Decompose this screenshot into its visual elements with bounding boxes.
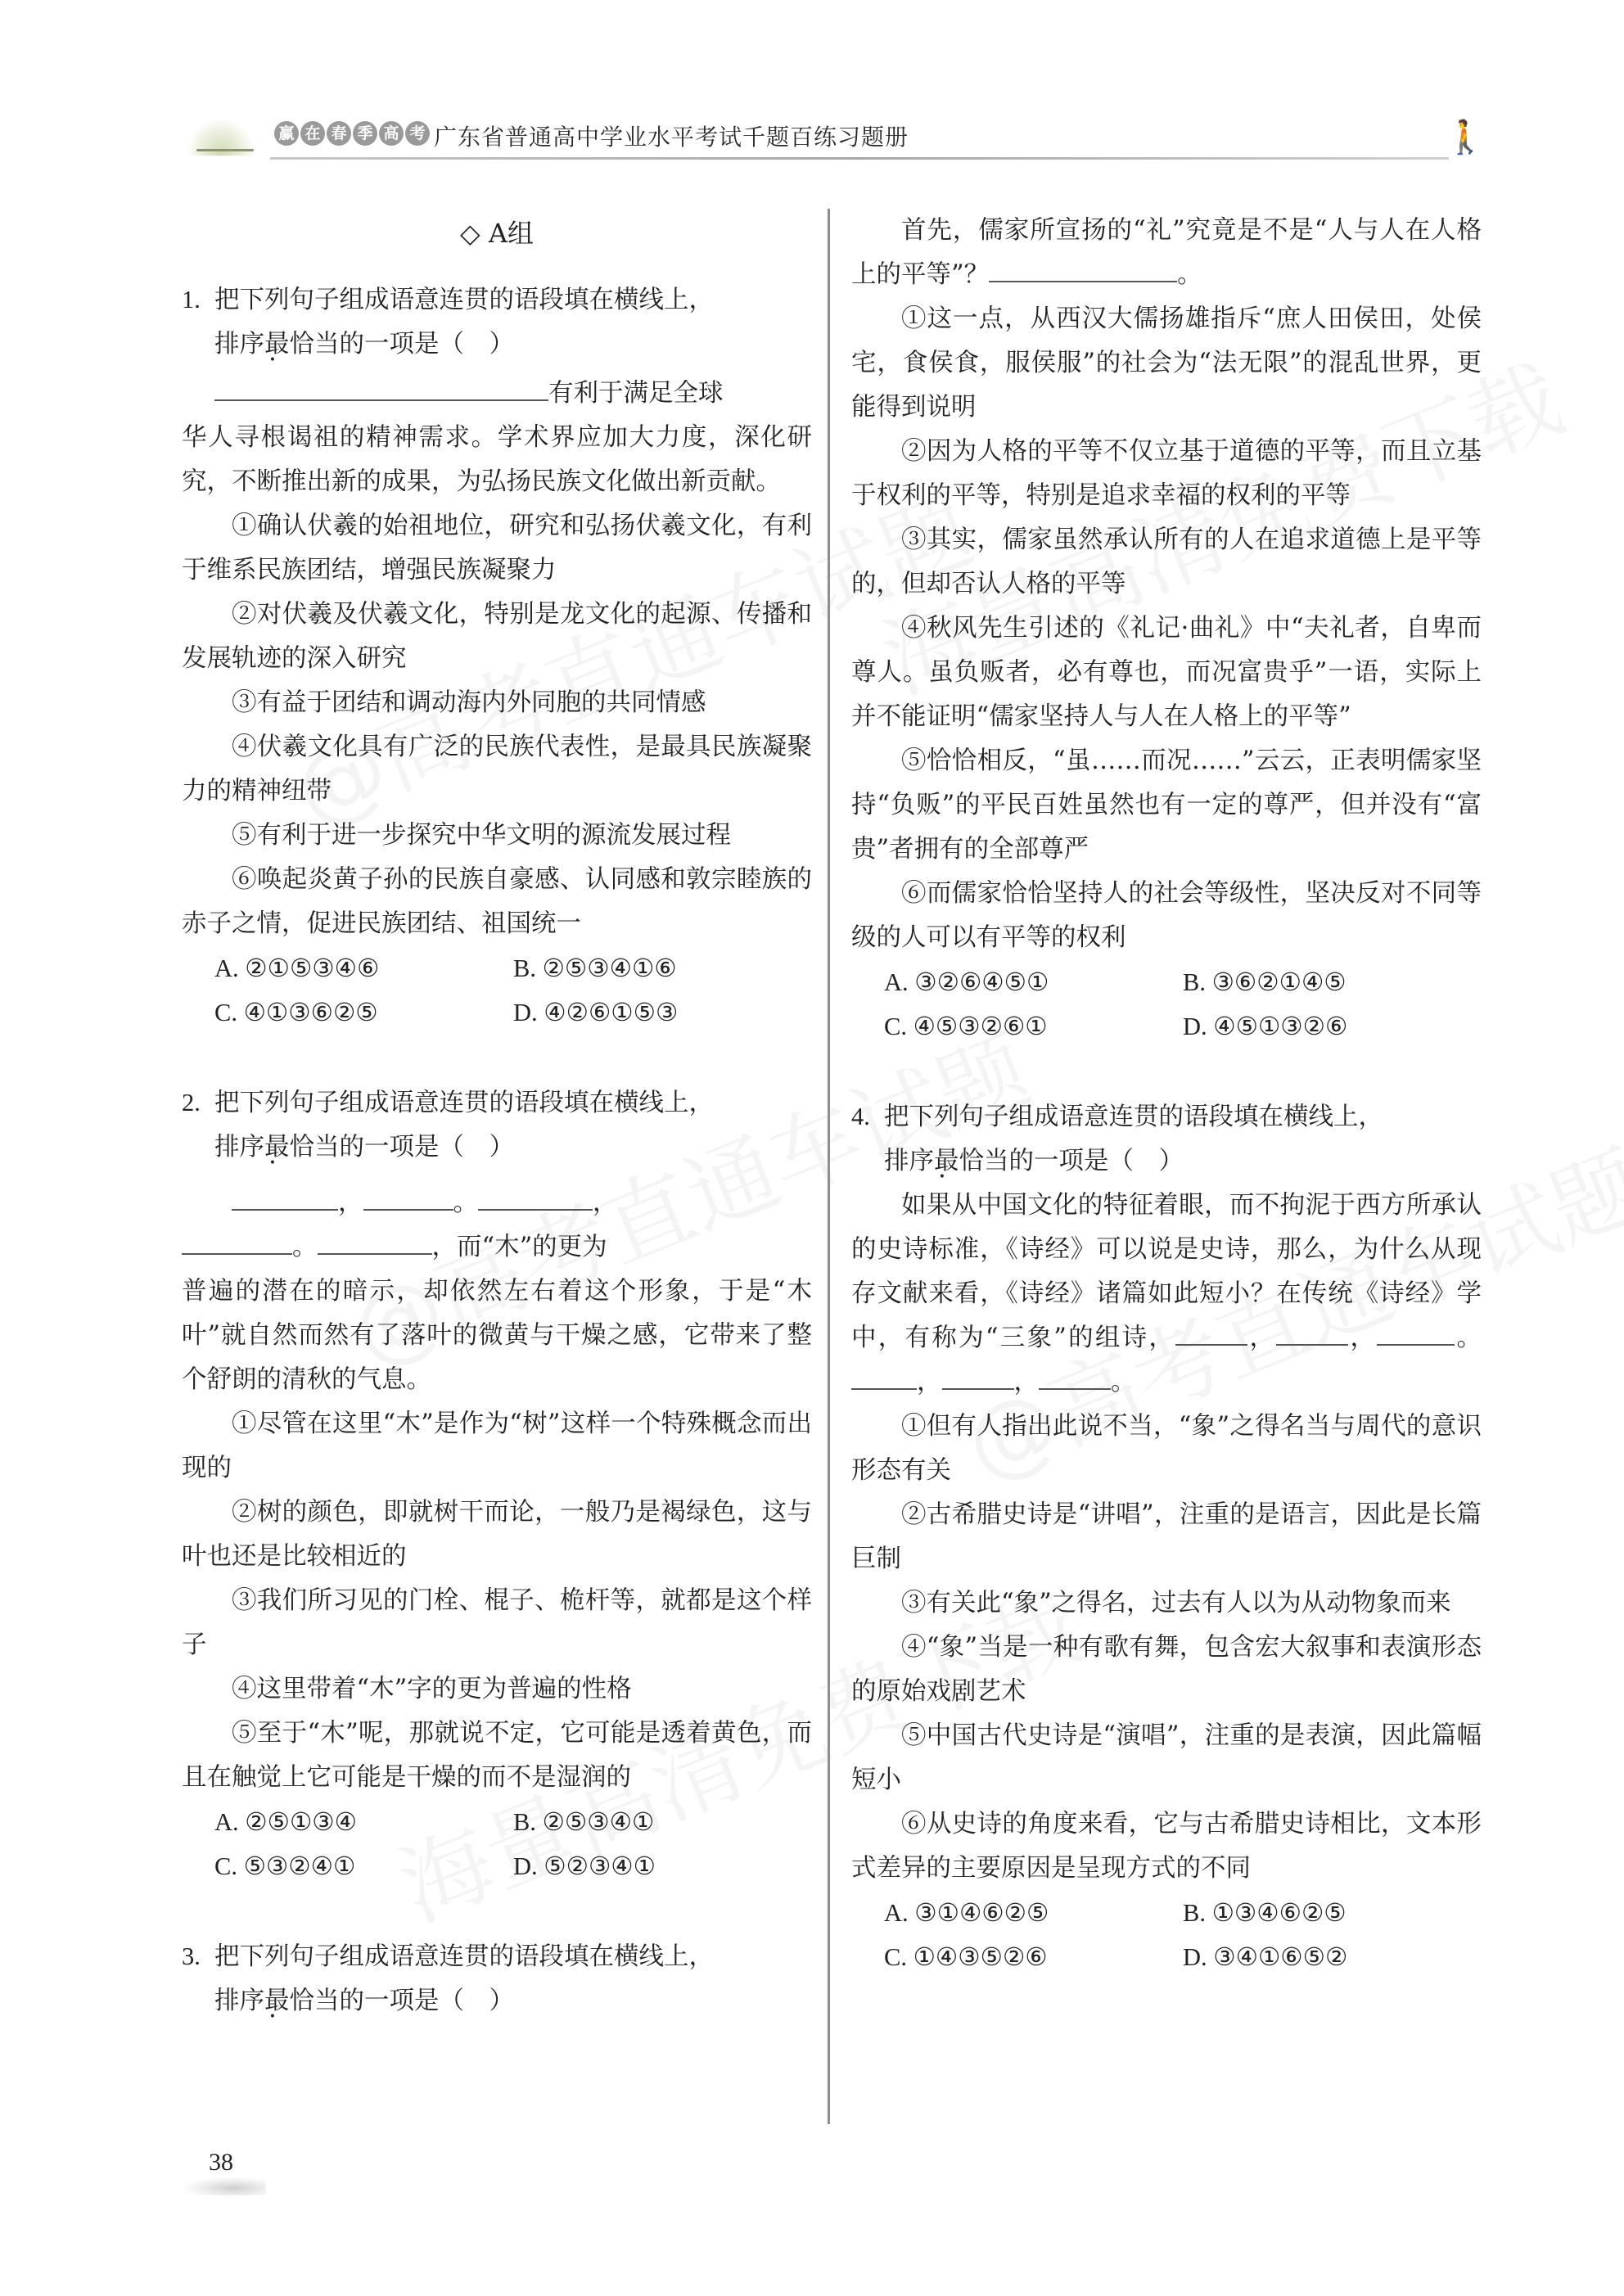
option-value: ⑤②③④① [544,1852,656,1880]
book-title: 广东省普通高中学业水平考试千题百练习题册 [434,120,909,152]
passage: 有利于满足全球 [182,372,812,416]
passage: 如果从中国文化的特征着眼，而不拘泥于西方所承认的史诗标准，《诗经》可以说是史诗，… [851,1184,1482,1405]
sentence-item: ⑤恰恰相反，“虽……而况……”云云，正表明儒家坚持“负贩”的平民百姓虽然也有一定… [851,739,1482,872]
option-value: ①③④⑥②⑤ [1212,1899,1347,1927]
sentence-item: ③有关此“象”之得名，过去有人以为从动物象而来 [851,1581,1482,1626]
stem-text: 把下列句子组成语意连贯的语段填在横线上， [214,1942,714,1971]
option-value: ③④①⑥⑤② [1213,1943,1347,1971]
question-number: 2. [182,1080,214,1125]
option-label: B. [513,954,536,982]
stem-text: 把下列句子组成语意连贯的语段填在横线上， [214,1089,714,1117]
sentence-item: ②因为人格的平等不仅立基于道德的平等，而且立基于权利的平等，特别是追求幸福的权利… [851,430,1482,518]
logo-char: 考 [405,121,430,146]
option-value: ④⑤①③②⑥ [1213,1013,1347,1040]
punct: 。 [1111,1368,1136,1396]
option-c[interactable]: C. ④①③⑥②⑤ [214,990,513,1035]
passage: 。，而“木”的更为 [182,1225,812,1270]
option-value: ③⑥②①④⑤ [1212,968,1347,996]
left-column: ◇ A组 1.把下列句子组成语意连贯的语段填在横线上， 排序最恰当的一项是（ ）… [182,209,812,2023]
punct: 。 [1455,1324,1482,1352]
logo-char: 春 [327,121,351,146]
option-b[interactable]: B. ②⑤③④①⑥ [513,946,812,990]
question-4: 4.把下列句子组成语意连贯的语段填在横线上， 排序最恰当的一项是（ ） 如果从中… [851,1094,1482,1979]
punct: ， [338,1189,363,1217]
emphasis-text: 最恰当 [934,1147,1009,1175]
sentence-item: ⑥从史诗的角度来看，它与古希腊史诗相比，文本形式差异的主要原因是呈现方式的不同 [851,1802,1482,1891]
sentence-item: ⑤至于“木”呢，那就说不定，它可能是透着黄色，而且在触觉上它可能是干燥的而不是湿… [182,1712,812,1800]
option-a[interactable]: A. ②①⑤③④⑥ [214,946,513,990]
group-title: ◇ A组 [182,209,812,258]
answer-blank[interactable] [478,1181,593,1211]
question-stem: 1.把下列句子组成语意连贯的语段填在横线上， 排序最恰当的一项是（ ） [182,277,812,367]
sentence-item: ⑥唤起炎黄子孙的民族自豪感、认同感和敦宗睦族的赤子之情，促进民族团结、祖国统一 [182,858,812,946]
sentence-item: ④伏羲文化具有广泛的民族代表性，是最具民族凝聚力的精神纽带 [182,725,812,814]
answer-options: A. ③①④⑥②⑤ B. ①③④⑥②⑤ C. ①④③⑤②⑥ D. ③④①⑥⑤② [851,1891,1482,1979]
emphasis-text: 最恰当 [264,330,340,359]
punct: 。 [292,1233,318,1261]
option-label: B. [1183,1899,1206,1927]
option-d[interactable]: D. ⑤②③④① [513,1844,812,1888]
series-logo: 赢 在 春 季 高 考 [274,121,430,146]
option-label: A. [884,1899,909,1927]
punct: 。 [1177,260,1202,289]
option-b[interactable]: B. ①③④⑥②⑤ [1183,1891,1482,1935]
sentence-item: ①尽管在这里“木”是作为“树”这样一个特殊概念而出现的 [182,1402,812,1491]
question-2: 2.把下列句子组成语意连贯的语段填在横线上， 排序最恰当的一项是（ ） ，。， … [182,1080,812,1888]
right-column: 首先，儒家所宣扬的“礼”究竟是不是“人与人在人格上的平等”？。 ①这一点，从西汉… [851,209,1482,1979]
option-label: C. [884,1943,907,1971]
question-3-body: 首先，儒家所宣扬的“礼”究竟是不是“人与人在人格上的平等”？。 ①这一点，从西汉… [851,209,1482,1049]
answer-blank[interactable] [182,1225,292,1255]
option-label: C. [214,1852,237,1880]
sentence-item: ③其实，儒家虽然承认所有的人在追求道德上是平等的，但却否认人格的平等 [851,518,1482,607]
sentence-item: ①但有人指出此说不当，“象”之得名当与周代的意识形态有关 [851,1405,1482,1493]
option-label: D. [513,1852,538,1880]
option-a[interactable]: A. ③①④⑥②⑤ [884,1891,1183,1935]
option-label: C. [214,999,237,1026]
option-a[interactable]: A. ②⑤①③④ [214,1800,513,1844]
sentence-item: ④“象”当是一种有歌有舞，包含宏大叙事和表演形态的原始戏剧艺术 [851,1626,1482,1714]
stem-text: 的一项是（ ） [340,330,515,359]
question-stem: 4.把下列句子组成语意连贯的语段填在横线上， 排序最恰当的一项是（ ） [851,1094,1482,1184]
question-stem: 3.把下列句子组成语意连贯的语段填在横线上， 排序最恰当的一项是（ ） [182,1934,812,2023]
option-d[interactable]: D. ④②⑥①⑤③ [513,990,812,1035]
passage: 首先，儒家所宣扬的“礼”究竟是不是“人与人在人格上的平等”？。 [851,209,1482,297]
answer-blank[interactable] [318,1225,432,1255]
people-walking-icon: 🚶 [1441,115,1490,160]
sentence-item: ①这一点，从西汉大儒扬雄指斥“庶人田侯田，处侯宅，食侯食，服侯服”的社会为“法无… [851,297,1482,430]
answer-blank[interactable] [214,372,548,401]
stem-text: 排序 [884,1147,934,1175]
sentence-item: ④秋风先生引述的《礼记·曲礼》中“夫礼者，自卑而尊人。虽负贩者，必有尊也，而况富… [851,607,1482,739]
passage: ，。， [182,1181,812,1225]
sentence-item: ④这里带着“木”字的更为普遍的性格 [182,1667,812,1712]
option-label: D. [1183,1013,1207,1040]
stem-text: 的一项是（ ） [340,1987,515,2015]
punct: 。 [453,1189,479,1217]
passage-text: ，而“木”的更为 [432,1233,607,1261]
option-b[interactable]: B. ②⑤③④① [513,1800,812,1844]
stem-text: 把下列句子组成语意连贯的语段填在横线上， [214,286,714,314]
page-header: 赢 在 春 季 高 考 广东省普通高中学业水平考试千题百练习题册 🚶 [188,115,1490,164]
option-value: ①④③⑤②⑥ [913,1943,1048,1971]
option-b[interactable]: B. ③⑥②①④⑤ [1183,960,1482,1004]
option-value: ⑤③②④① [244,1852,356,1880]
stem-text: 的一项是（ ） [340,1133,515,1162]
option-label: A. [214,1808,239,1836]
option-value: ④②⑥①⑤③ [544,999,678,1026]
answer-blank[interactable] [1377,1316,1455,1346]
logo-char: 赢 [274,121,299,146]
footer-leaf-decoration-icon [184,2177,266,2195]
option-c[interactable]: C. ④⑤③②⑥① [884,1004,1183,1049]
sentence-item: ②对伏羲及伏羲文化，特别是龙文化的起源、传播和发展轨迹的深入研究 [182,593,812,681]
leaf-stem-decoration [196,149,254,151]
option-label: D. [1183,1943,1207,1971]
question-3-stem: 3.把下列句子组成语意连贯的语段填在横线上， 排序最恰当的一项是（ ） [182,1934,812,2023]
passage-text: 有利于满足全球 [548,379,724,408]
sentence-item: ①确认伏羲的始祖地位，研究和弘扬伏羲文化，有利于维系民族团结，增强民族凝聚力 [182,504,812,593]
passage-text: 普遍的潜在的暗示，却依然左右着这个形象，于是“木叶”就自然而然有了落叶的微黄与干… [182,1270,812,1402]
option-value: ④①③⑥②⑤ [244,999,378,1026]
answer-options: A. ②⑤①③④ B. ②⑤③④① C. ⑤③②④① D. ⑤②③④① [182,1800,812,1888]
answer-options: A. ③②⑥④⑤① B. ③⑥②①④⑤ C. ④⑤③②⑥① D. ④⑤①③②⑥ [851,960,1482,1049]
answer-blank[interactable] [1039,1360,1111,1390]
stem-text: 排序 [214,1133,264,1162]
stem-text: 的一项是（ ） [1009,1147,1184,1175]
question-1: 1.把下列句子组成语意连贯的语段填在横线上， 排序最恰当的一项是（ ） 有利于满… [182,277,812,1035]
passage-text: 华人寻根谒祖的精神需求。学术界应加大力度，深化研究，不断推出新的成果，为弘扬民族… [182,416,812,504]
sentence-item: ③我们所习见的门栓、棍子、桅杆等，就都是这个样子 [182,1579,812,1667]
punct: ， [1348,1324,1377,1352]
option-label: A. [884,968,909,996]
option-c[interactable]: C. ⑤③②④① [214,1844,513,1888]
page-number: 38 [209,2149,233,2176]
answer-blank[interactable] [989,253,1177,282]
logo-char: 高 [379,121,404,146]
answer-blank[interactable] [942,1360,1014,1390]
column-divider [828,209,830,2124]
answer-options: A. ②①⑤③④⑥ B. ②⑤③④①⑥ C. ④①③⑥②⑤ D. ④②⑥①⑤③ [182,946,812,1035]
stem-text: 排序 [214,330,264,359]
option-value: ②⑤①③④ [245,1808,357,1836]
option-label: B. [1183,968,1206,996]
option-a[interactable]: A. ③②⑥④⑤① [884,960,1183,1004]
question-number: 4. [851,1094,884,1139]
stem-text: 排序 [214,1987,264,2015]
emphasis-text: 最恰当 [264,1987,340,2015]
option-value: ④⑤③②⑥① [913,1013,1048,1040]
answer-blank[interactable] [1175,1316,1247,1346]
option-label: B. [513,1808,536,1836]
option-value: ③②⑥④⑤① [914,968,1049,996]
option-value: ②①⑤③④⑥ [245,954,379,982]
option-label: D. [513,999,538,1026]
logo-char: 季 [353,121,377,146]
punct: ， [917,1368,942,1396]
sentence-item: ⑥而儒家恰恰坚持人的社会等级性，坚决反对不同等级的人可以有平等的权利 [851,872,1482,960]
question-number: 3. [182,1934,214,1978]
answer-blank[interactable] [363,1181,453,1211]
option-d[interactable]: D. ③④①⑥⑤② [1183,1935,1482,1979]
header-rule [270,157,1449,160]
option-d[interactable]: D. ④⑤①③②⑥ [1183,1004,1482,1049]
sentence-item: ②古希腊史诗是“讲唱”，注重的是语言，因此是长篇巨制 [851,1493,1482,1581]
option-value: ②⑤③④① [543,1808,655,1836]
answer-blank[interactable] [1276,1316,1348,1346]
question-stem: 2.把下列句子组成语意连贯的语段填在横线上， 排序最恰当的一项是（ ） [182,1080,812,1170]
sentence-item: ②树的颜色，即就树干而论，一般乃是褐绿色，这与叶也还是比较相近的 [182,1491,812,1579]
sentence-item: ⑤中国古代史诗是“演唱”，注重的是表演，因此篇幅短小 [851,1714,1482,1802]
question-number: 1. [182,277,214,322]
answer-blank[interactable] [851,1360,917,1390]
punct: ， [593,1189,618,1217]
option-value: ③①④⑥②⑤ [914,1899,1049,1927]
stem-text: 把下列句子组成语意连贯的语段填在横线上， [884,1103,1383,1131]
answer-blank[interactable] [232,1181,338,1211]
option-label: C. [884,1013,907,1040]
punct: ， [1014,1368,1040,1396]
option-value: ②⑤③④①⑥ [543,954,677,982]
sentence-item: ⑤有利于进一步探究中华文明的源流发展过程 [182,814,812,858]
sentence-item: ③有益于团结和调动海内外同胞的共同情感 [182,681,812,725]
option-c[interactable]: C. ①④③⑤②⑥ [884,1935,1183,1979]
punct: ， [1247,1324,1276,1352]
option-label: A. [214,954,239,982]
logo-char: 在 [300,121,325,146]
emphasis-text: 最恰当 [264,1133,340,1162]
